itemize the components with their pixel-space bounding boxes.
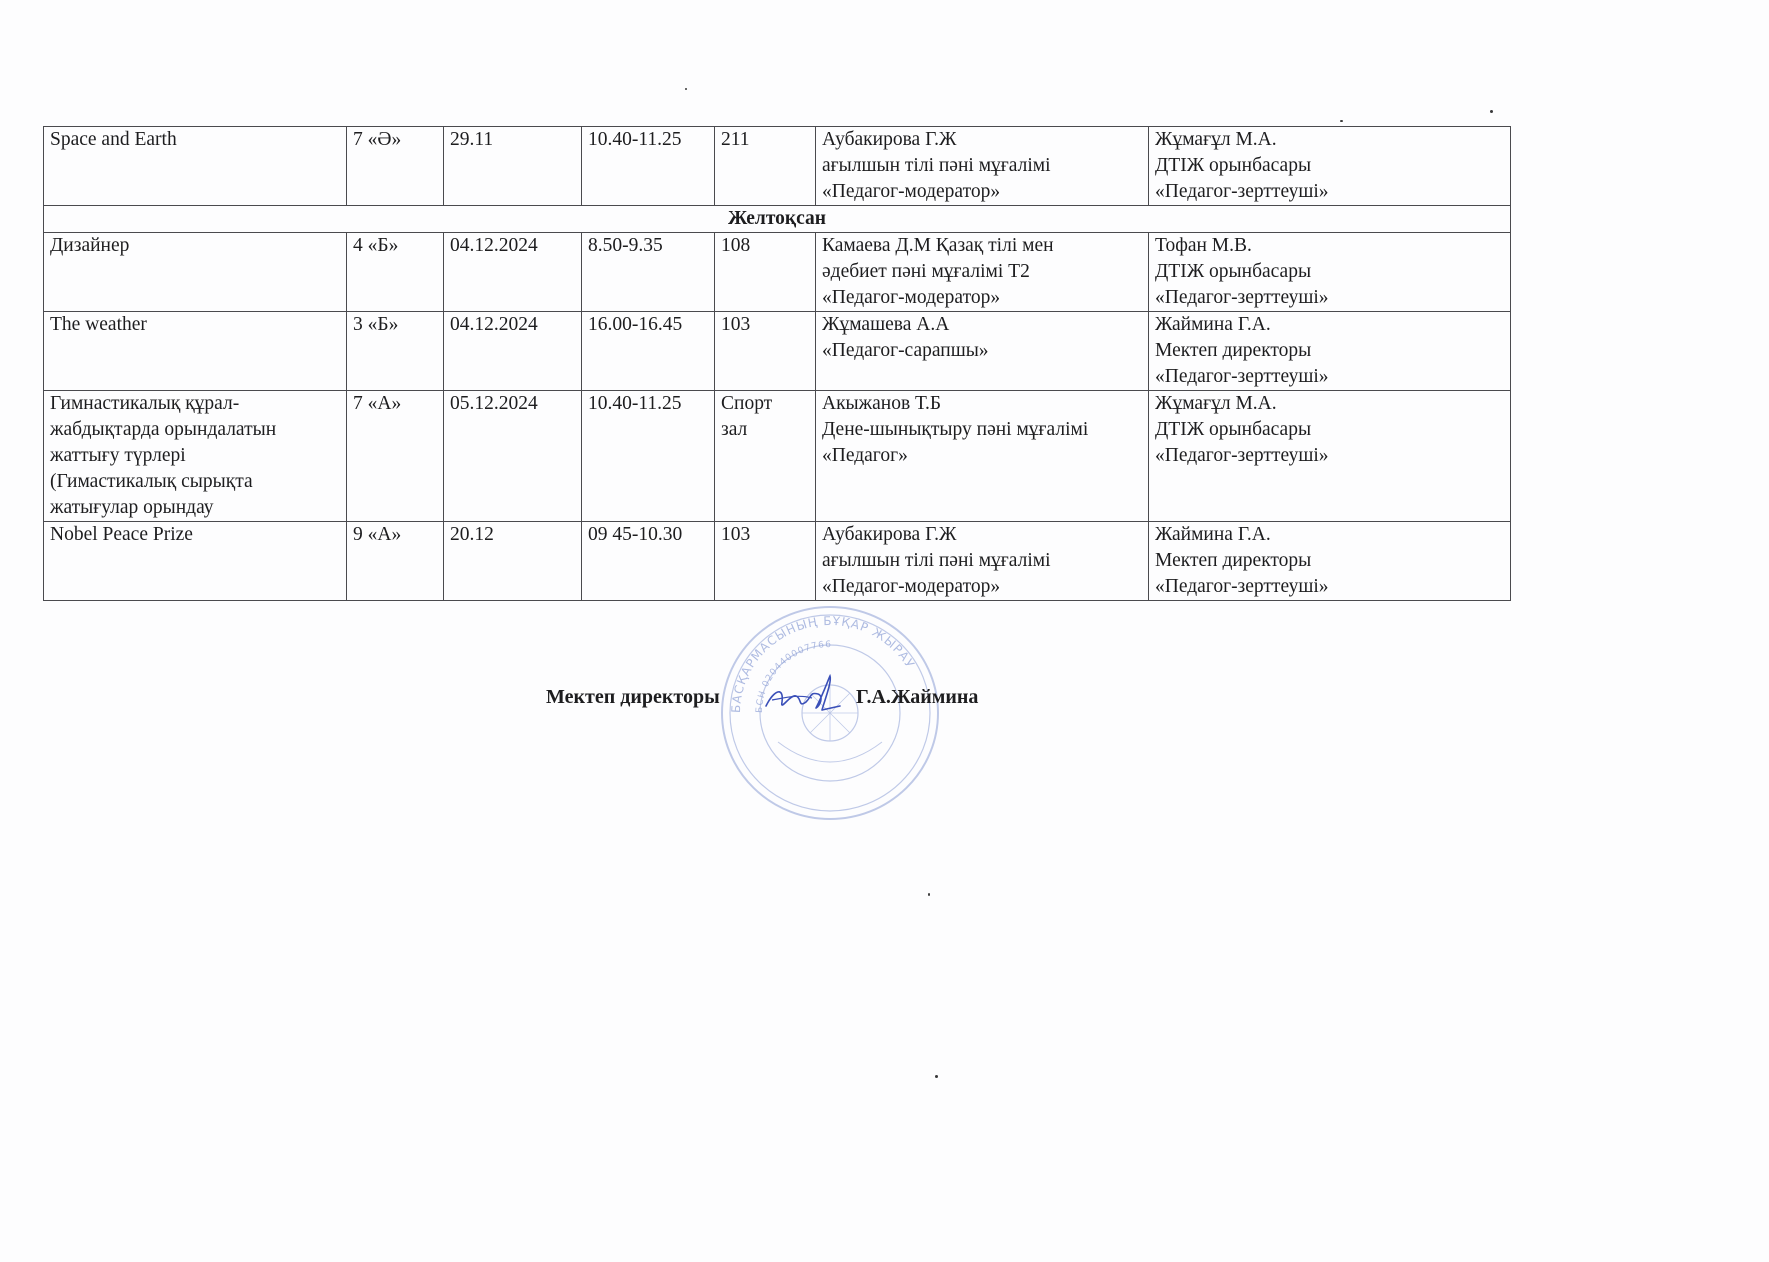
teacher-cell: Камаева Д.М Қазақ тілі менәдебиет пәні м… [816, 233, 1149, 312]
observer-cell-line: «Педагог-зерттеуші» [1155, 574, 1504, 600]
teacher-cell-line: Дене-шынықтыру пәні мұғалімі [822, 417, 1142, 443]
topic-cell: Гимнастикалық құрал-жабдықтарда орындала… [44, 391, 347, 522]
observer-cell-line: «Педагог-зерттеуші» [1155, 285, 1504, 311]
topic-cell-line: жабдықтарда орындалатын [50, 417, 340, 443]
topic-cell-line: Гимнастикалық құрал- [50, 391, 340, 417]
observer-cell-line: «Педагог-зерттеуші» [1155, 364, 1504, 390]
observer-cell-line: Мектеп директоры [1155, 548, 1504, 574]
class-cell: 7 «Ә» [347, 127, 444, 206]
date-cell: 05.12.2024 [444, 391, 582, 522]
scan-speck [935, 1075, 938, 1078]
teacher-cell-line: «Педагог-модератор» [822, 574, 1142, 600]
topic-cell-line: жатығулар орындау [50, 495, 340, 521]
class-cell: 7 «А» [347, 391, 444, 522]
teacher-cell-line: ағылшын тілі пәні мұғалімі [822, 548, 1142, 574]
room-cell: 103 [715, 522, 816, 601]
teacher-cell-line: Камаева Д.М Қазақ тілі мен [822, 233, 1142, 259]
topic-cell-line: (Гимастикалық сырықта [50, 469, 340, 495]
observer-cell-line: Мектеп директоры [1155, 338, 1504, 364]
time-cell: 10.40-11.25 [582, 391, 715, 522]
teacher-cell-line: «Педагог» [822, 443, 1142, 469]
date-cell: 04.12.2024 [444, 233, 582, 312]
room-cell-line: 211 [721, 127, 809, 153]
time-cell: 09 45-10.30 [582, 522, 715, 601]
teacher-cell-line: «Педагог-модератор» [822, 285, 1142, 311]
month-header-row: Желтоқсан [44, 206, 1511, 233]
teacher-cell: Аубакирова Г.Жағылшын тілі пәні мұғалімі… [816, 522, 1149, 601]
signature-name: Г.А.Жаймина [856, 686, 978, 709]
room-cell: 108 [715, 233, 816, 312]
room-cell: 103 [715, 312, 816, 391]
date-cell: 29.11 [444, 127, 582, 206]
teacher-cell-line: Акыжанов Т.Б [822, 391, 1142, 417]
table-row: The weather3 «Б»04.12.202416.00-16.45103… [44, 312, 1511, 391]
month-label: Желтоқсан [44, 206, 1511, 233]
observer-cell-line: «Педагог-зерттеуші» [1155, 443, 1504, 469]
topic-cell: The weather [44, 312, 347, 391]
topic-cell: Дизайнер [44, 233, 347, 312]
time-cell: 16.00-16.45 [582, 312, 715, 391]
room-cell-line: 103 [721, 312, 809, 338]
observer-cell-line: Тофан М.В. [1155, 233, 1504, 259]
teacher-cell-line: Аубакирова Г.Ж [822, 127, 1142, 153]
observer-cell-line: Жұмағұл М.А. [1155, 391, 1504, 417]
observer-cell: Тофан М.В.ДТІЖ орынбасары«Педагог-зертте… [1149, 233, 1511, 312]
observer-cell-line: Жаймина Г.А. [1155, 312, 1504, 338]
teacher-cell-line: «Педагог-сарапшы» [822, 338, 1142, 364]
room-cell-line: Спорт [721, 391, 809, 417]
topic-cell-line: Дизайнер [50, 233, 340, 259]
room-cell-line: 108 [721, 233, 809, 259]
topic-cell-line: Space and Earth [50, 127, 340, 153]
observer-cell-line: ДТІЖ орынбасары [1155, 417, 1504, 443]
observer-cell-line: ДТІЖ орынбасары [1155, 153, 1504, 179]
teacher-cell: Акыжанов Т.БДене-шынықтыру пәні мұғалімі… [816, 391, 1149, 522]
topic-cell-line: The weather [50, 312, 340, 338]
observer-cell: Жұмағұл М.А.ДТІЖ орынбасары«Педагог-зерт… [1149, 127, 1511, 206]
time-cell: 10.40-11.25 [582, 127, 715, 206]
teacher-cell-line: ағылшын тілі пәні мұғалімі [822, 153, 1142, 179]
observer-cell-line: ДТІЖ орынбасары [1155, 259, 1504, 285]
lesson-observation-table: Space and Earth7 «Ә»29.1110.40-11.25211А… [43, 126, 1511, 601]
class-cell: 4 «Б» [347, 233, 444, 312]
time-cell: 8.50-9.35 [582, 233, 715, 312]
observer-cell: Жаймина Г.А.Мектеп директоры«Педагог-зер… [1149, 522, 1511, 601]
scanned-page: Space and Earth7 «Ә»29.1110.40-11.25211А… [0, 0, 1769, 1262]
observer-cell-line: Жаймина Г.А. [1155, 522, 1504, 548]
room-cell: Спортзал [715, 391, 816, 522]
table-row: Дизайнер4 «Б»04.12.20248.50-9.35108Камае… [44, 233, 1511, 312]
observer-cell: Жұмағұл М.А.ДТІЖ орынбасары«Педагог-зерт… [1149, 391, 1511, 522]
teacher-cell-line: әдебиет пәні мұғалімі Т2 [822, 259, 1142, 285]
scan-speck [1340, 120, 1343, 122]
observer-cell-line: «Педагог-зерттеуші» [1155, 179, 1504, 205]
topic-cell-line: Nobel Peace Prize [50, 522, 340, 548]
teacher-cell-line: «Педагог-модератор» [822, 179, 1142, 205]
scan-speck [928, 893, 930, 896]
observer-cell-line: Жұмағұл М.А. [1155, 127, 1504, 153]
scan-speck [685, 88, 687, 90]
topic-cell-line: жаттығу түрлері [50, 443, 340, 469]
room-cell: 211 [715, 127, 816, 206]
teacher-cell: Жұмашева А.А«Педагог-сарапшы» [816, 312, 1149, 391]
teacher-cell: Аубакирова Г.Жағылшын тілі пәні мұғалімі… [816, 127, 1149, 206]
scan-speck [1490, 110, 1493, 113]
observer-cell: Жаймина Г.А.Мектеп директоры«Педагог-зер… [1149, 312, 1511, 391]
director-signature-line: Мектеп директоры Г.А.Жаймина [546, 686, 1006, 716]
class-cell: 9 «А» [347, 522, 444, 601]
topic-cell: Nobel Peace Prize [44, 522, 347, 601]
table-row: Nobel Peace Prize9 «А»20.1209 45-10.3010… [44, 522, 1511, 601]
topic-cell: Space and Earth [44, 127, 347, 206]
table-row: Гимнастикалық құрал-жабдықтарда орындала… [44, 391, 1511, 522]
class-cell: 3 «Б» [347, 312, 444, 391]
teacher-cell-line: Аубакирова Г.Ж [822, 522, 1142, 548]
teacher-cell-line: Жұмашева А.А [822, 312, 1142, 338]
date-cell: 20.12 [444, 522, 582, 601]
room-cell-line: 103 [721, 522, 809, 548]
date-cell: 04.12.2024 [444, 312, 582, 391]
signature-label: Мектеп директоры [546, 686, 720, 709]
table-row: Space and Earth7 «Ә»29.1110.40-11.25211А… [44, 127, 1511, 206]
room-cell-line: зал [721, 417, 809, 443]
